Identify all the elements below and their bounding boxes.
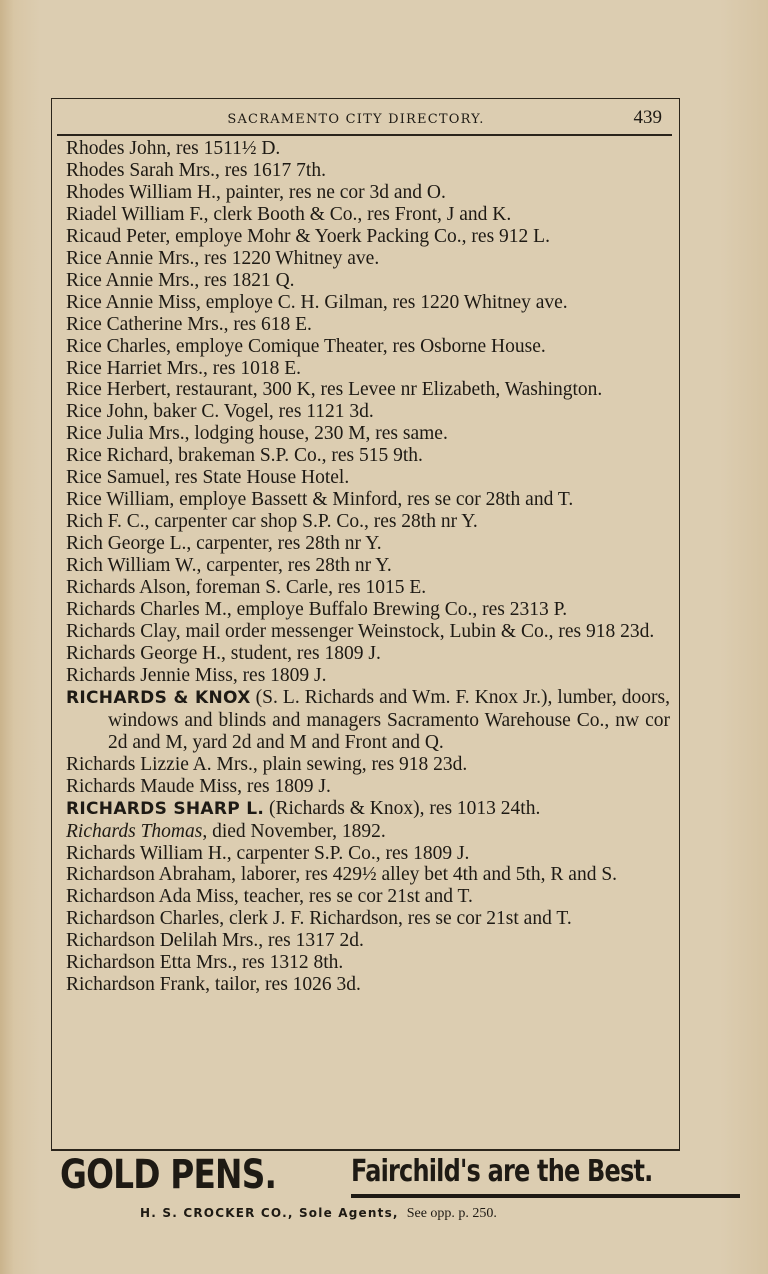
directory-entry: Richards Jennie Miss, res 1809 J. [66,665,670,687]
directory-entry: Rice Herbert, restaurant, 300 K, res Lev… [66,379,670,401]
entry-text: Richards Charles M., employe Buffalo Bre… [66,599,567,620]
entry-text: Rice Catherine Mrs., res 618 E. [66,314,312,335]
directory-entry: Richards Lizzie A. Mrs., plain sewing, r… [66,754,670,776]
entry-text: , died November, 1892. [202,821,385,842]
ad-headline: GOLD PENS. [60,1152,276,1198]
directory-entry: Rice Richard, brakeman S.P. Co., res 515… [66,445,670,467]
ad-agents-line: H. S. CROCKER CO., Sole Agents,See opp. … [140,1206,497,1222]
directory-entries: Rhodes John, res 1511½ D.Rhodes Sarah Mr… [66,138,670,996]
directory-entry: Rice Samuel, res State House Hotel. [66,467,670,489]
entry-text: Rice Richard, brakeman S.P. Co., res 515… [66,445,423,466]
directory-entry: Rice Catherine Mrs., res 618 E. [66,314,670,336]
entry-text: Richardson Charles, clerk J. F. Richards… [66,908,572,929]
directory-entry: Rice Julia Mrs., lodging house, 230 M, r… [66,423,670,445]
directory-entry: Rhodes William H., painter, res ne cor 3… [66,182,670,204]
entry-text: Rice Annie Miss, employe C. H. Gilman, r… [66,292,568,313]
directory-entry: Richards George H., student, res 1809 J. [66,643,670,665]
entry-text: Rich F. C., carpenter car shop S.P. Co.,… [66,511,478,532]
directory-entry: Richardson Frank, tailor, res 1026 3d. [66,974,670,996]
entry-text: Rice Julia Mrs., lodging house, 230 M, r… [66,423,448,444]
entry-text: Rhodes John, res 1511½ D. [66,138,280,159]
entry-text: Richards Maude Miss, res 1809 J. [66,776,331,797]
entry-text: Rich George L., carpenter, res 28th nr Y… [66,533,382,554]
entry-text: Richards Jennie Miss, res 1809 J. [66,665,327,686]
directory-entry: Richardson Abraham, laborer, res 429½ al… [66,864,670,886]
entry-text: Richardson Delilah Mrs., res 1317 2d. [66,930,364,951]
entry-text: Rich William W., carpenter, res 28th nr … [66,555,392,576]
entry-text: Richardson Etta Mrs., res 1312 8th. [66,952,343,973]
directory-entry: Rich F. C., carpenter car shop S.P. Co.,… [66,511,670,533]
entry-text: Richards Clay, mail order messenger Wein… [66,621,654,642]
directory-entry: Richards William H., carpenter S.P. Co.,… [66,843,670,865]
directory-entry: Rice Annie Mrs., res 1821 Q. [66,270,670,292]
entry-text: Rhodes Sarah Mrs., res 1617 7th. [66,160,326,181]
directory-entry: Richardson Ada Miss, teacher, res se cor… [66,886,670,908]
directory-entry: Rice John, baker C. Vogel, res 1121 3d. [66,401,670,423]
entry-text: Richardson Frank, tailor, res 1026 3d. [66,974,361,995]
entry-text: Richards George H., student, res 1809 J. [66,643,381,664]
advertisement: GOLD PENS. Fairchild's are the Best. [60,1152,690,1202]
directory-entry: Rice Annie Miss, employe C. H. Gilman, r… [66,292,670,314]
ad-agents: H. S. CROCKER CO., Sole Agents, [140,1206,399,1220]
directory-entry: Rich George L., carpenter, res 28th nr Y… [66,533,670,555]
directory-entry: Richards Alson, foreman S. Carle, res 10… [66,577,670,599]
entry-text: Rice Annie Mrs., res 1220 Whitney ave. [66,248,379,269]
entry-text: Rice John, baker C. Vogel, res 1121 3d. [66,401,374,422]
running-head: SACRAMENTO CITY DIRECTORY. 439 [56,104,676,134]
ad-reference: See opp. p. 250. [407,1206,497,1221]
entry-text: Rice Harriet Mrs., res 1018 E. [66,358,301,379]
directory-entry: Richardson Etta Mrs., res 1312 8th. [66,952,670,974]
directory-entry: Richardson Delilah Mrs., res 1317 2d. [66,930,670,952]
directory-entry: Richards Charles M., employe Buffalo Bre… [66,599,670,621]
entry-text: Rice Samuel, res State House Hotel. [66,467,349,488]
directory-entry: RICHARDS SHARP L. (Richards & Knox), res… [66,798,670,821]
directory-entry: Riadel William F., clerk Booth & Co., re… [66,204,670,226]
entry-text: (Richards & Knox), res 1013 24th. [264,798,540,819]
entry-text: Richardson Abraham, laborer, res 429½ al… [66,864,617,885]
entry-text: Richardson Ada Miss, teacher, res se cor… [66,886,473,907]
directory-entry: Richards Thomas, died November, 1892. [66,821,670,843]
header-rule [57,134,672,136]
entry-text: Richards Lizzie A. Mrs., plain sewing, r… [66,754,467,775]
deceased-name: Richards Thomas [66,821,202,842]
directory-entry: Rice William, employe Bassett & Minford,… [66,489,670,511]
firm-name: RICHARDS & KNOX [66,688,251,708]
entry-text: Riadel William F., clerk Booth & Co., re… [66,204,511,225]
entry-text: Rice Charles, employe Comique Theater, r… [66,336,546,357]
entry-text: Rice Annie Mrs., res 1821 Q. [66,270,295,291]
directory-entry: Richardson Charles, clerk J. F. Richards… [66,908,670,930]
entry-text: Rhodes William H., painter, res ne cor 3… [66,182,446,203]
directory-entry: Rhodes John, res 1511½ D. [66,138,670,160]
directory-entry: Ricaud Peter, employe Mohr & Yoerk Packi… [66,226,670,248]
ad-underline [351,1194,740,1198]
directory-entry: Rice Annie Mrs., res 1220 Whitney ave. [66,248,670,270]
page-number: 439 [634,107,663,129]
entry-text: Richards William H., carpenter S.P. Co.,… [66,843,469,864]
directory-entry: Rich William W., carpenter, res 28th nr … [66,555,670,577]
directory-entry: RICHARDS & KNOX (S. L. Richards and Wm. … [66,687,670,754]
page-title: SACRAMENTO CITY DIRECTORY. [56,112,676,127]
directory-entry: Rhodes Sarah Mrs., res 1617 7th. [66,160,670,182]
directory-entry: Rice Charles, employe Comique Theater, r… [66,336,670,358]
entry-text: Richards Alson, foreman S. Carle, res 10… [66,577,426,598]
entry-text: Rice William, employe Bassett & Minford,… [66,489,573,510]
entry-text: Rice Herbert, restaurant, 300 K, res Lev… [66,379,602,400]
ad-slogan: Fairchild's are the Best. [351,1154,652,1189]
directory-entry: Richards Clay, mail order messenger Wein… [66,621,670,643]
firm-name: RICHARDS SHARP L. [66,799,264,819]
entry-text: Ricaud Peter, employe Mohr & Yoerk Packi… [66,226,550,247]
directory-entry: Richards Maude Miss, res 1809 J. [66,776,670,798]
directory-entry: Rice Harriet Mrs., res 1018 E. [66,358,670,380]
